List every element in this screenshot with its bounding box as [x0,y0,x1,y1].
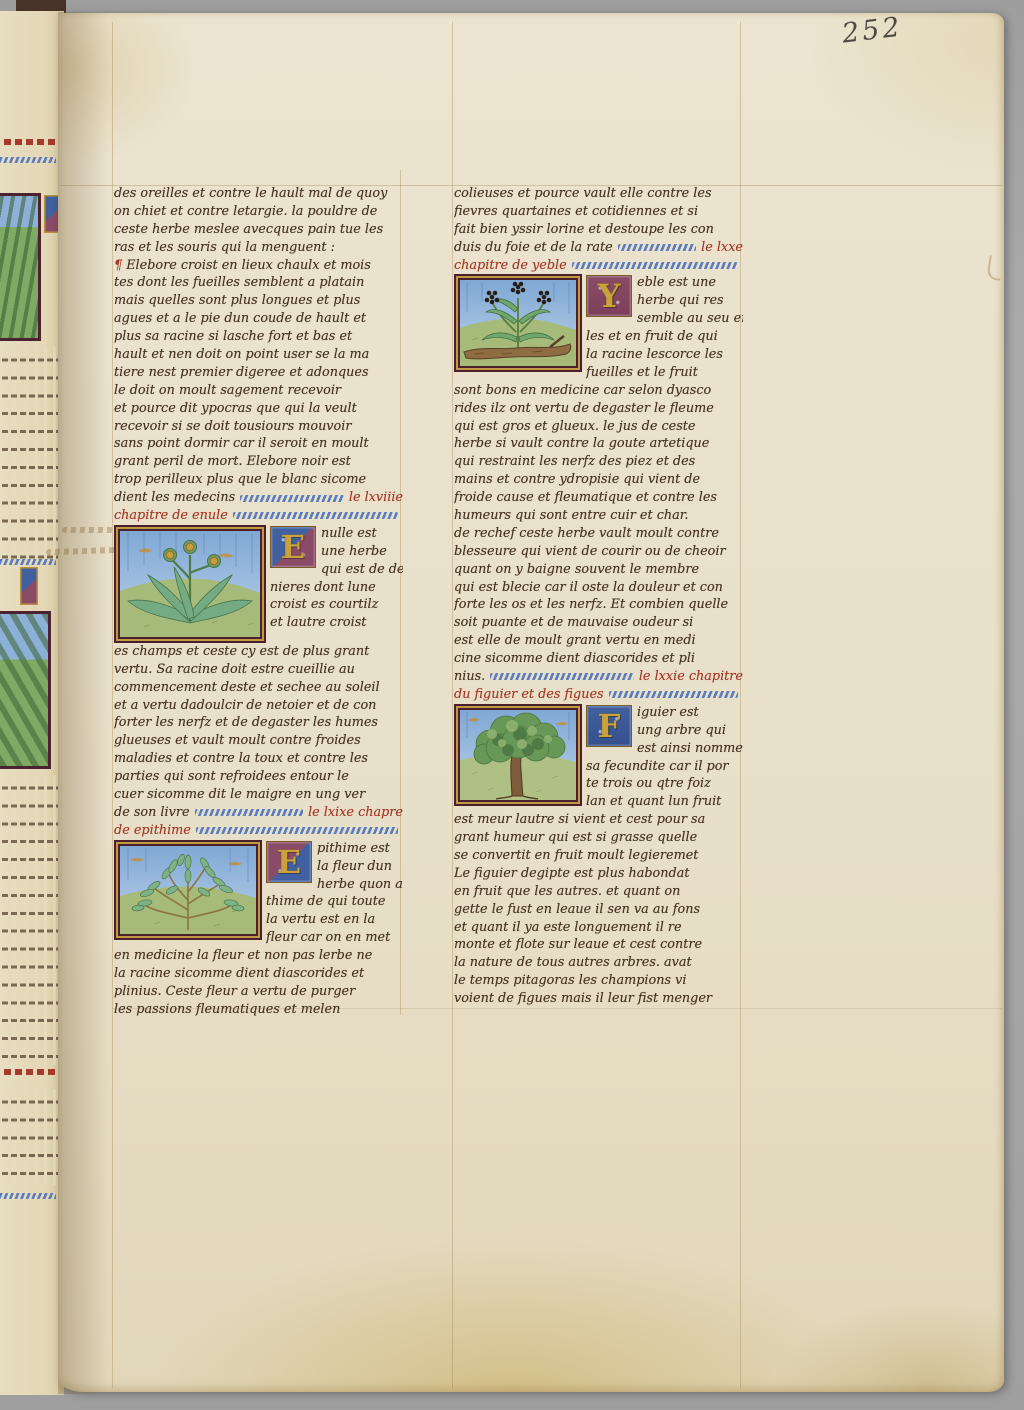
cutoff-text-fragment [2,775,58,1065]
body-text: Elebore croist en lieux chaulx et mois [126,257,371,275]
text-column-left: des oreilles et contre le hault mal de q… [114,185,403,1019]
body-text: de rechef ceste herbe vault moult contre [454,525,719,543]
manuscript-text-line: la fleur dun [317,858,403,876]
body-text: quant on y baigne souvent le membre [454,561,699,579]
body-text: ras et les souris qui la menguent : [114,239,335,257]
blue-line-filler [233,512,398,519]
cutoff-miniature-fragment [0,611,51,769]
cutoff-text-fragment [2,1089,58,1185]
manuscript-text-line: les passions fleumatiques et melen [114,1001,403,1019]
manuscript-text-line: mais quelles sont plus longues et plus [114,292,403,310]
blue-line-filler [196,827,398,834]
manuscript-text-line: dient les medecinsle lxviiie [114,489,403,507]
manuscript-text-line: plus sa racine si lasche fort et bas et [114,328,403,346]
manuscript-text-line: agues et a le pie dun coude de hault et [114,310,403,328]
fig-tree-miniature [454,704,582,806]
manuscript-text-line: nius.le lxxie chapitre [454,668,743,686]
body-text: fait bien yssir lorine et destoupe les c… [454,221,714,239]
manuscript-text-line: blesseure qui vient de courir ou de cheo… [454,543,743,561]
body-text: tes dont les fueilles semblent a platain [114,274,364,292]
manuscript-text-line: parties qui sont refroidees entour le [114,768,403,786]
body-text: mais quelles sont plus longues et plus [114,292,360,310]
manuscript-text-line: on chiet et contre letargie. la pouldre … [114,203,403,221]
body-text: trop perilleux plus que le blanc sicome [114,471,366,489]
rubric-text: le lxxie chapitre [639,668,743,686]
rubric-text: chapitre de yeble [454,257,567,275]
manuscript-text-line: herbe si vault contre la goute artetique [454,435,743,453]
body-text: grant humeur qui est si grasse quelle [454,829,697,847]
manuscript-text-line: fueilles et le fruit [586,364,743,382]
manuscript-text-line: ¶ Elebore croist en lieux chaulx et mois [114,257,403,275]
manuscript-text-line: croist es courtilz [270,596,403,614]
chapter-figure-figuier: Figuier estung arbre quiest ainsi nomme … [454,704,743,811]
manuscript-text-line: eble est une [637,274,743,292]
body-text: commencement deste et sechee au soleil [114,679,380,697]
manuscript-text-line: et a vertu dadoulcir de netoier et de co… [114,697,403,715]
manuscript-text-line: quant on y baigne souvent le membre [454,561,743,579]
manuscript-text-line: tes dont les fueilles semblent a platain [114,274,403,292]
yeble-plant-with-root-miniature [454,274,582,372]
enule-plant-miniature [114,525,266,643]
manuscript-text-line: pithime est [317,840,403,858]
manuscript-text-line: fleur car on en met [266,929,403,947]
manuscript-text-line: sa fecundite car il por [586,758,743,776]
blue-line-filler [572,262,738,269]
chapter-figure-yeble: Yeble est uneherbe qui ressemble au seu … [454,274,743,381]
body-text: ceste herbe meslee avecques pain tue les [114,221,383,239]
body-text: et pource dit ypocras que qui la veult [114,400,357,418]
manuscript-text-line: le doit on moult sagement recevoir [114,382,403,400]
manuscript-text-line: duis du foie et de la ratele lxxe [454,239,743,257]
body-text: sans point dormir car il seroit en moult [114,435,369,453]
manuscript-text-line: ras et les souris qui la menguent : [114,239,403,257]
manuscript-text-line: se convertit en fruit moult legieremet [454,847,743,865]
manuscript-text-line: trop perilleux plus que le blanc sicome [114,471,403,489]
manuscript-text-line: herbe qui res [637,292,743,310]
body-text: gette le fust en leaue il sen va au fons [454,901,700,919]
manuscript-text-line: chapitre de enule [114,507,403,525]
manuscript-text-line: et lautre croist [270,614,403,632]
body-text: cine sicomme dient diascorides et pli [454,650,695,668]
body-text: en fruit que les autres. et quant on [454,883,680,901]
body-text: Le figuier degipte est plus habondat [454,865,689,883]
body-text: mains et contre ydropisie qui vient de [454,471,700,489]
manuscript-text-line: qui restraint les nerfz des piez et des [454,453,743,471]
manuscript-text-line: chapitre de yeble [454,257,743,275]
chapter-figure-enule: Enulle estune herbequi est de deux manie… [114,525,403,643]
cutoff-initial-fragment [20,567,38,605]
rubric-text: le lxviiie [349,489,403,507]
epithime-shrub-miniature [114,840,262,940]
manuscript-text-line: sans point dormir car il seroit en moult [114,435,403,453]
illuminated-initial-yeble: Y [586,275,632,317]
body-text: cuer sicomme dit le maigre en ung ver [114,786,365,804]
previous-folio-edge [0,11,64,1395]
manuscript-text-line: tiere nest premier digeree et adonques [114,364,403,382]
manuscript-text-line: la racine sicomme dient diascorides et [114,965,403,983]
manuscript-text-line: la nature de tous autres arbres. avat [454,954,743,972]
manuscript-text-line: voient de figues mais il leur fist menge… [454,990,743,1008]
body-text: se convertit en fruit moult legieremet [454,847,698,865]
body-text: es champs et ceste cy est de plus grant [114,643,369,661]
manuscript-text-line: la racine lescorce les [586,346,743,364]
manuscript-text-line: glueuses et vault moult contre froides [114,732,403,750]
body-text: les passions fleumatiques et melen [114,1001,340,1019]
body-text: des oreilles et contre le hault mal de q… [114,185,387,203]
body-text: la racine sicomme dient diascorides et [114,965,364,983]
manuscript-text-line: recevoir si se doit tousiours mouvoir [114,418,403,436]
manuscript-text-line: ceste herbe meslee avecques pain tue les [114,221,403,239]
manuscript-text-line: fievres quartaines et cotidiennes et si [454,203,743,221]
manuscript-text-line: forter les nerfz et de degaster les hume… [114,714,403,732]
body-text: sont bons en medicine car selon dyasco [454,382,711,400]
body-text: tiere nest premier digeree et adonques [114,364,369,382]
manuscript-text-line: gette le fust en leaue il sen va au fons [454,901,743,919]
body-text: hault et nen doit on point user se la ma [114,346,369,364]
manuscript-text-line: humeurs qui sont entre cuir et char. [454,507,743,525]
manuscript-text-line: qui est de deux ma [321,561,403,579]
manuscript-text-line: forte les os et les nerfz. Et combien qu… [454,596,743,614]
manuscript-text-line: mains et contre ydropisie qui vient de [454,471,743,489]
manuscript-text-line: nulle est [321,525,403,543]
manuscript-text-line: de son livrele lxixe chapre [114,804,403,822]
body-text: est meur lautre si vient et cest pour sa [454,811,705,829]
rubric-text: ¶ [114,257,126,275]
manuscript-text-line: et quant il ya este longuement il re [454,919,743,937]
cutoff-filler-fragment [0,1193,56,1199]
body-text: glueuses et vault moult contre froides [114,732,361,750]
body-text: en medicine la fleur et non pas lerbe ne [114,947,372,965]
chapter-figure-epithime: Epithime estla fleur dunherbe quon appel… [114,840,403,947]
manuscript-text-line: plinius. Ceste fleur a vertu de purger [114,983,403,1001]
manuscript-text-line: en medicine la fleur et non pas lerbe ne [114,947,403,965]
manuscript-text-line: est meur lautre si vient et cest pour sa [454,811,743,829]
manuscript-text-line: sont bons en medicine car selon dyasco [454,382,743,400]
blue-line-filler [490,673,634,680]
illuminated-initial-epithime: E [266,841,312,883]
manuscript-text-line: du figuier et des figues [454,686,743,704]
body-text: on chiet et contre letargie. la pouldre … [114,203,377,221]
illuminated-initial-figuier: F [586,705,632,747]
manuscript-text-line: et pource dit ypocras que qui la veult [114,400,403,418]
text-column-right: colieuses et pource vault elle contre le… [454,185,743,1008]
cutoff-filler-fragment [0,559,56,565]
manuscript-text-line: vertu. Sa racine doit estre cueillie au [114,661,403,679]
manuscript-text-line: commencement deste et sechee au soleil [114,679,403,697]
body-text: blesseure qui vient de courir ou de cheo… [454,543,726,561]
body-text: le doit on moult sagement recevoir [114,382,341,400]
manuscript-text-line: le temps pitagoras les champions vi [454,972,743,990]
body-text: rides ilz ont vertu de degaster le fleum… [454,400,714,418]
manuscript-text-line: en fruit que les autres. et quant on [454,883,743,901]
body-text: qui est blecie car il oste la douleur et… [454,579,723,597]
manuscript-text-line: froide cause et fleumatique et contre le… [454,489,743,507]
manuscript-text-line: iguier est [637,704,743,722]
manuscript-text-line: Le figuier degipte est plus habondat [454,865,743,883]
body-text: agues et a le pie dun coude de hault et [114,310,366,328]
body-text: colieuses et pource vault elle contre le… [454,185,712,203]
rubric-text: le lxixe chapre [308,804,403,822]
body-text: grant peril de mort. Elebore noir est [114,453,351,471]
manuscript-text-line: lan et quant lun fruit [586,793,743,811]
body-text: maladies et contre la toux et contre les [114,750,368,768]
body-text: herbe si vault contre la goute artetique [454,435,709,453]
body-text: qui restraint les nerfz des piez et des [454,453,695,471]
body-text: voient de figues mais il leur fist menge… [454,990,712,1008]
manuscript-text-line: qui est gros et glueux. le jus de ceste [454,418,743,436]
body-text: fievres quartaines et cotidiennes et si [454,203,698,221]
blue-line-filler [618,244,696,251]
body-text: nius. [454,668,485,686]
rubric-text: de epithime [114,822,191,840]
manuscript-text-line: de rechef ceste herbe vault moult contre [454,525,743,543]
cutoff-filler-fragment [0,157,56,163]
body-text: froide cause et fleumatique et contre le… [454,489,717,507]
manuscript-text-line: cuer sicomme dit le maigre en ung ver [114,786,403,804]
body-text: et quant il ya este longuement il re [454,919,682,937]
illuminated-initial-enule: E [270,526,316,568]
manuscript-text-line: fait bien yssir lorine et destoupe les c… [454,221,743,239]
manuscript-text-line: grant peril de mort. Elebore noir est [114,453,403,471]
body-text: recevoir si se doit tousiours mouvoir [114,418,351,436]
manuscript-text-line: cine sicomme dient diascorides et pli [454,650,743,668]
manuscript-text-line: qui est blecie car il oste la douleur et… [454,579,743,597]
body-text: de son livre [114,804,190,822]
manuscript-text-line: des oreilles et contre le hault mal de q… [114,185,403,203]
cutoff-miniature-fragment [0,193,41,341]
manuscript-text-line: ung arbre qui [637,722,743,740]
manuscript-text-line: colieuses et pource vault elle contre le… [454,185,743,203]
body-text: et a vertu dadoulcir de netoier et de co… [114,697,376,715]
manuscript-text-line: es champs et ceste cy est de plus grant [114,643,403,661]
photo-backdrop: 252 des oreilles et contre le hault mal … [0,0,1024,1410]
rubric-text: du figuier et des figues [454,686,604,704]
manuscript-text-line: est ainsi nomme par [637,740,743,758]
cutoff-rubric-fragment [4,1069,56,1075]
manuscript-text-line: nieres dont lune [270,579,403,597]
body-text: soit puante et de mauvaise oudeur si [454,614,693,632]
body-text: plinius. Ceste fleur a vertu de purger [114,983,355,1001]
marginal-annotation [62,527,114,533]
blue-line-filler [240,495,344,502]
body-text: le temps pitagoras les champions vi [454,972,686,990]
body-text: la nature de tous autres arbres. avat [454,954,692,972]
body-text: vertu. Sa racine doit estre cueillie au [114,661,355,679]
manuscript-text-line: est elle de moult grant vertu en medi [454,632,743,650]
body-text: monte et flote sur leaue et cest contre [454,936,702,954]
manuscript-text-line: soit puante et de mauvaise oudeur si [454,614,743,632]
body-text: est elle de moult grant vertu en medi [454,632,696,650]
rubric-text: le lxxe [701,239,743,257]
body-text: humeurs qui sont entre cuir et char. [454,507,689,525]
manuscript-text-line: grant humeur qui est si grasse quelle [454,829,743,847]
body-text: plus sa racine si lasche fort et bas et [114,328,352,346]
body-text: forte les os et les nerfz. Et combien qu… [454,596,728,614]
manuscript-text-line: monte et flote sur leaue et cest contre [454,936,743,954]
blue-line-filler [609,691,738,698]
body-text: duis du foie et de la rate [454,239,613,257]
body-text: dient les medecins [114,489,235,507]
body-text: parties qui sont refroidees entour le [114,768,349,786]
manuscript-text-line: herbe quon appelle [317,876,403,894]
manuscript-text-line: maladies et contre la toux et contre les [114,750,403,768]
blue-line-filler [195,809,304,816]
body-text: forter les nerfz et de degaster les hume… [114,714,378,732]
body-text: qui est gros et glueux. le jus de ceste [454,418,696,436]
manuscript-text-line: une herbe [321,543,403,561]
manuscript-text-line: te trois ou qtre foiz [586,775,743,793]
manuscript-text-line: rides ilz ont vertu de degaster le fleum… [454,400,743,418]
manuscript-text-line: hault et nen doit on point user se la ma [114,346,403,364]
cutoff-text-fragment [2,347,58,559]
manuscript-text-line: de epithime [114,822,403,840]
cutoff-rubric-fragment [4,139,56,145]
manuscript-text-line: semble au seu en fueil [637,310,743,328]
manuscript-text-line: les et en fruit de qui [586,328,743,346]
manuscript-text-line: la vertu est en la [266,911,403,929]
rubric-text: chapitre de enule [114,507,228,525]
manuscript-text-line: thime de qui toute [266,893,403,911]
